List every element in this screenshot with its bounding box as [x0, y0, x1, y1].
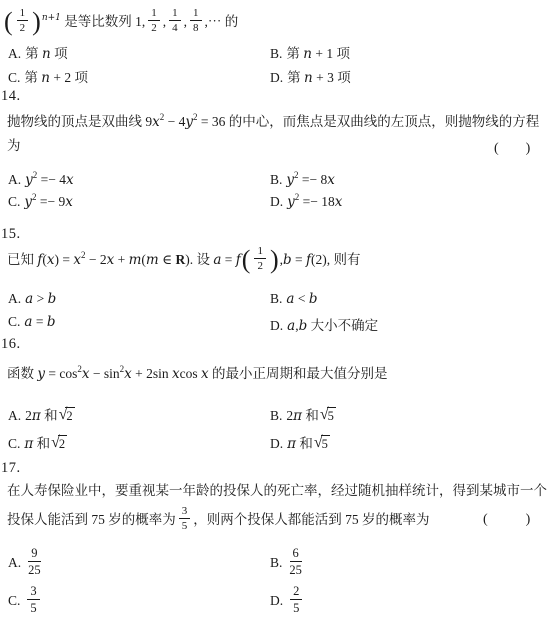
math-variable: π — [24, 436, 33, 452]
option-label: C. — [8, 194, 20, 209]
fraction: 12 — [254, 245, 266, 273]
math-variable: a — [25, 291, 33, 307]
option-text: y2 =− 8x — [286, 172, 335, 187]
question-17-stem-line1: 在人寿保险业中，要重视某一年龄的投保人的死亡率，经过随机抽样统计，得到某城市一个 — [7, 480, 547, 502]
option-label: A. — [8, 172, 21, 187]
q16-option-d: D.π 和√5 — [270, 430, 548, 458]
fraction-numerator: 1 — [148, 7, 160, 21]
math-variable: b — [47, 314, 56, 330]
math-variable: a — [287, 318, 295, 334]
math-variable: n — [304, 70, 313, 86]
option-label: B. — [270, 46, 282, 61]
big-paren: ) — [270, 245, 279, 274]
option-text: 2π 和√2 — [25, 408, 75, 423]
option-label: B. — [270, 291, 282, 306]
q16-option-c: C.π 和√2 — [8, 430, 270, 458]
text-run: = 36 的中心，而焦点是双曲线的左顶点，则抛物线的方程 — [198, 114, 540, 129]
fraction-numerator: 9 — [28, 546, 40, 562]
q14-option-a: A.y2 =− 4x — [8, 172, 270, 194]
option-text: a > b — [25, 291, 56, 306]
text-run: + 3 项 — [313, 70, 351, 85]
fraction-numerator: 1 — [169, 7, 181, 21]
fraction-numerator: 3 — [179, 505, 191, 519]
q14-option-b: B.y2 =− 8x — [270, 172, 548, 194]
option-text: y2 =− 4x — [25, 172, 74, 187]
fraction-denominator: 5 — [293, 600, 299, 616]
fraction: 35 — [27, 584, 39, 616]
q13-option-d: D.第 n + 3 项 — [270, 66, 548, 90]
square-root: √5 — [320, 407, 336, 423]
q15-option-a: A.a > b — [8, 291, 270, 314]
text-run: 是等比数列 1, — [61, 14, 145, 29]
q15-option-d: D.a,b 大小不确定 — [270, 314, 548, 337]
option-text: 25 — [287, 593, 305, 608]
option-label: C. — [8, 70, 20, 85]
math-variable: x — [73, 252, 81, 268]
radicand: 5 — [327, 407, 336, 423]
math-variable: x — [65, 194, 73, 210]
fraction-numerator: 1 — [254, 245, 266, 259]
option-label: B. — [270, 408, 282, 423]
square-root: √2 — [51, 435, 67, 451]
fraction-denominator: 2 — [257, 259, 263, 273]
text-run: + 2 项 — [50, 70, 88, 85]
math-variable: π — [293, 408, 302, 424]
text-run: 的最小正周期和最大值分别是 — [209, 366, 388, 381]
option-text: π 和√5 — [287, 436, 330, 451]
text-run: 投保人能活到 75 岁的概率为 — [7, 512, 176, 527]
option-label: D. — [270, 194, 283, 209]
fraction-denominator: 25 — [289, 562, 302, 578]
math-variable: n — [41, 70, 50, 86]
bracket-open: ( — [483, 512, 488, 528]
fraction: 12 — [148, 7, 160, 35]
option-text: y2 =− 9x — [24, 194, 73, 209]
text-run: 抛物线的顶点是双曲线 9 — [7, 114, 152, 129]
q17-option-c: C.35 — [8, 582, 270, 617]
text-run: 和 — [296, 436, 313, 451]
option-label: D. — [270, 436, 283, 451]
text-run: = — [221, 252, 235, 267]
text-run: =− 9 — [37, 194, 66, 209]
option-text: 第 n + 1 项 — [286, 46, 350, 61]
text-run: + 1 项 — [312, 46, 350, 61]
big-paren: ( — [242, 245, 251, 274]
option-text: a = b — [24, 314, 55, 329]
text-run: 项 — [51, 46, 68, 61]
math-variable: y — [287, 194, 295, 210]
text-run: − sin — [90, 366, 120, 381]
text-run: > — [33, 291, 47, 306]
option-label: A. — [8, 291, 21, 306]
fraction: 14 — [169, 7, 181, 35]
fraction-numerator: 1 — [190, 7, 202, 21]
option-text: a,b 大小不确定 — [287, 318, 378, 333]
radicand: 2 — [65, 407, 74, 423]
big-paren: ( — [4, 7, 13, 36]
math-variable: x — [201, 366, 209, 382]
q14-option-c: C.y2 =− 9x — [8, 194, 270, 216]
fraction: 18 — [190, 7, 202, 35]
question-17-options: A.925 B.625 C.35 D.25 — [8, 544, 548, 617]
fraction-numerator: 3 — [27, 584, 39, 600]
math-variable: x — [124, 366, 132, 382]
text-run: 和 — [302, 408, 319, 423]
text-run: 第 — [25, 46, 42, 61]
text-run: ) = — [55, 252, 74, 267]
text-run: − 4 — [164, 114, 185, 129]
radicand: 5 — [321, 435, 330, 451]
math-variable: b — [299, 318, 308, 334]
option-label: B. — [270, 555, 282, 570]
fraction: 925 — [28, 546, 41, 578]
math-variable: b — [48, 291, 57, 307]
option-label: A. — [8, 46, 21, 61]
text-run: = — [32, 314, 46, 329]
text-run: 函数 — [7, 366, 37, 381]
option-text: 2π 和√5 — [286, 408, 336, 423]
question-13-stem: (12)n+1 是等比数列 1,12,14,18,⋯ 的 — [3, 2, 238, 42]
math-variable: b — [283, 252, 292, 268]
radicand: 2 — [58, 435, 67, 451]
math-variable: n — [42, 46, 51, 62]
fraction-numerator: 1 — [17, 7, 29, 21]
math-variable: y — [25, 172, 33, 188]
q15-option-b: B.a < b — [270, 291, 548, 314]
question-15-stem: 已知 f(x) = x2 − 2x + m(m ∈ R). 设 a = f(12… — [7, 241, 361, 279]
option-text: 625 — [286, 555, 305, 570]
math-variable: f — [236, 252, 241, 268]
math-variable: m — [146, 252, 159, 268]
option-label: D. — [270, 593, 283, 608]
text-run: =− 18 — [299, 194, 334, 209]
text-run: 和 — [33, 436, 50, 451]
text-run: 在人寿保险业中，要重视某一年龄的投保人的死亡率，经过随机抽样统计，得到某城市一个 — [7, 483, 547, 498]
math-variable: x — [66, 172, 74, 188]
option-label: D. — [270, 70, 283, 85]
text-run: ). 设 — [185, 252, 213, 267]
option-text: 35 — [24, 593, 42, 608]
math-variable: n — [303, 46, 312, 62]
option-text: 第 n + 2 项 — [24, 70, 88, 85]
text-run: = cos — [45, 366, 77, 381]
q16-option-b: B.2π 和√5 — [270, 402, 548, 430]
math-variable: x — [172, 366, 180, 382]
q14-option-d: D.y2 =− 18x — [270, 194, 548, 216]
text-run: 大小不确定 — [307, 318, 378, 333]
text-run: 已知 — [7, 252, 37, 267]
text-run: =− 4 — [37, 172, 66, 187]
question-17-number: 17. — [1, 460, 21, 477]
square-root: √5 — [314, 435, 330, 451]
question-16-stem: 函数 y = cos2x − sin2x + 2sin xcos x 的最小正周… — [7, 361, 388, 387]
text-run: 2 — [25, 408, 32, 423]
text-run: + — [114, 252, 128, 267]
text-run: 和 — [41, 408, 58, 423]
math-variable: x — [327, 172, 335, 188]
bracket-open: ( — [494, 141, 499, 157]
option-label: D. — [270, 318, 283, 333]
text-run: (2), 则有 — [311, 252, 361, 267]
fraction-denominator: 5 — [182, 519, 188, 533]
q17-option-b: B.625 — [270, 544, 548, 582]
math-variable: y — [286, 172, 294, 188]
question-16-options: A.2π 和√2 B.2π 和√5 C.π 和√2 D.π 和√5 — [8, 402, 548, 458]
math-bold-symbol: R — [175, 252, 185, 267]
option-text: 第 n + 3 项 — [287, 70, 351, 85]
math-variable: y — [185, 114, 193, 130]
question-13-options: A.第 n 项 B.第 n + 1 项 C.第 n + 2 项 D.第 n + … — [8, 42, 548, 90]
fraction: 35 — [179, 505, 191, 533]
q13-option-a: A.第 n 项 — [8, 42, 270, 66]
question-14-stem-line2: 为 — [7, 134, 21, 158]
text-run: 第 — [286, 46, 303, 61]
fraction-denominator: 5 — [30, 600, 36, 616]
text-run: 第 — [24, 70, 41, 85]
q13-option-b: B.第 n + 1 项 — [270, 42, 548, 66]
option-label: A. — [8, 555, 21, 570]
text-run: = — [292, 252, 306, 267]
q17-option-d: D.25 — [270, 582, 548, 617]
math-variable: m — [129, 252, 142, 268]
option-text: 第 n 项 — [25, 46, 67, 61]
math-variable: x — [82, 366, 90, 382]
math-variable: x — [47, 252, 55, 268]
option-text: 925 — [25, 555, 44, 570]
math-variable: π — [32, 408, 41, 424]
fraction-denominator: 4 — [172, 21, 178, 35]
question-17-answer-bracket: ( ) — [483, 512, 530, 528]
fraction-numerator: 6 — [290, 546, 302, 562]
text-run: , — [163, 14, 166, 29]
question-15-options: A.a > b B.a < b C.a = b D.a,b 大小不确定 — [8, 291, 548, 337]
fraction: 25 — [290, 584, 302, 616]
fraction-denominator: 8 — [193, 21, 199, 35]
fraction-denominator: 2 — [151, 21, 157, 35]
option-text: π 和√2 — [24, 436, 67, 451]
text-run: + 2sin — [132, 366, 172, 381]
fraction: 625 — [289, 546, 302, 578]
text-run: =− 8 — [299, 172, 328, 187]
question-17-stem-line2: 投保人能活到 75 岁的概率为35，则两个投保人都能活到 75 岁的概率为 — [7, 502, 430, 538]
fraction-numerator: 2 — [290, 584, 302, 600]
text-run: ,⋯ 的 — [205, 14, 239, 29]
question-14-number: 14. — [1, 88, 21, 105]
option-text: a < b — [286, 291, 317, 306]
option-label: C. — [8, 436, 20, 451]
math-variable: b — [309, 291, 318, 307]
q16-option-a: A.2π 和√2 — [8, 402, 270, 430]
fraction-denominator: 25 — [28, 562, 41, 578]
text-run: 第 — [287, 70, 304, 85]
math-variable: x — [152, 114, 160, 130]
option-label: A. — [8, 408, 21, 423]
square-root: √2 — [59, 407, 75, 423]
q17-option-a: A.925 — [8, 544, 270, 582]
question-14-stem-line1: 抛物线的顶点是双曲线 9x2 − 4y2 = 36 的中心，而焦点是双曲线的左顶… — [7, 110, 539, 134]
fraction: 12 — [17, 7, 29, 35]
option-label: B. — [270, 172, 282, 187]
question-14-options: A.y2 =− 4x B.y2 =− 8x C.y2 =− 9x D.y2 =−… — [8, 172, 548, 216]
text-run: cos — [180, 366, 201, 381]
text-run: 为 — [7, 138, 21, 153]
text-run: , — [184, 14, 187, 29]
math-variable: y — [37, 366, 45, 382]
math-variable: y — [24, 194, 32, 210]
option-label: C. — [8, 314, 20, 329]
q15-option-c: C.a = b — [8, 314, 270, 337]
math-variable: x — [335, 194, 343, 210]
text-run: ，则两个投保人都能活到 75 岁的概率为 — [193, 512, 429, 527]
question-14-answer-bracket: ( ) — [494, 141, 530, 157]
exam-page: (12)n+1 是等比数列 1,12,14,18,⋯ 的 A.第 n 项 B.第… — [0, 0, 551, 617]
q13-option-c: C.第 n + 2 项 — [8, 66, 270, 90]
big-paren: ) — [32, 7, 41, 36]
bracket-close: ) — [526, 141, 531, 157]
option-text: y2 =− 18x — [287, 194, 342, 209]
math-superscript: n+1 — [42, 13, 61, 23]
bracket-close: ) — [526, 512, 531, 528]
fraction-denominator: 2 — [20, 21, 26, 35]
text-run: − 2 — [85, 252, 106, 267]
text-run: ∈ — [159, 252, 176, 267]
option-label: C. — [8, 593, 20, 608]
text-run: < — [294, 291, 308, 306]
math-variable: π — [287, 436, 296, 452]
question-16-number: 16. — [1, 336, 21, 353]
